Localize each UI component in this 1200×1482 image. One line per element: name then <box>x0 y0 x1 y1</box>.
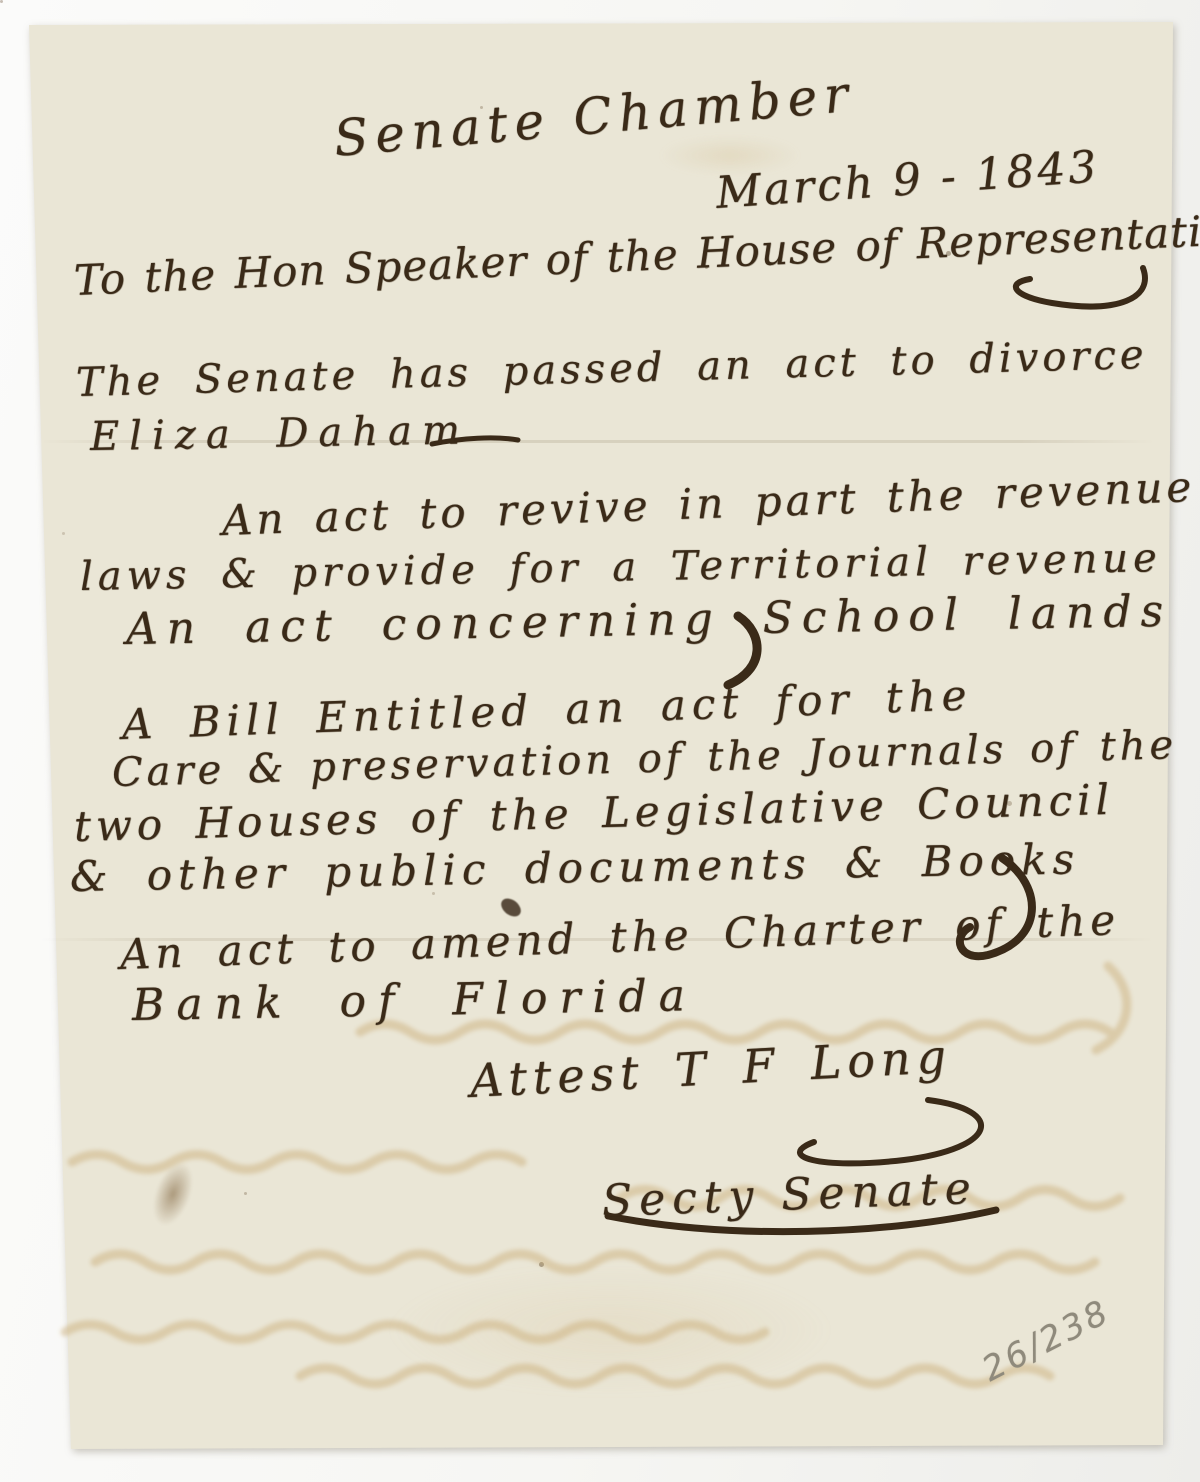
scanned-letter-photo: Senate Chamber March 9 - 1843 To the Hon… <box>0 0 1200 1482</box>
body-line: Bank of Florida <box>132 970 698 1031</box>
body-line: Eliza Daham <box>90 407 471 460</box>
